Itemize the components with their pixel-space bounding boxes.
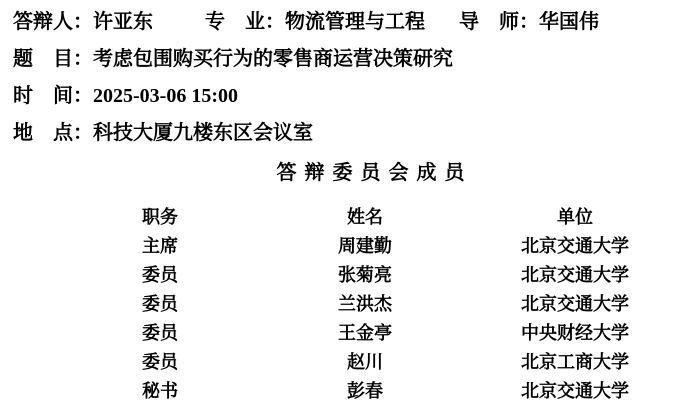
- location-value: 科技大厦九楼东区会议室: [93, 122, 313, 144]
- member-name: 张菊亮: [235, 261, 495, 290]
- committee-table: 职务 姓名 单位 主席 周建勤 北京交通大学 委员 张菊亮 北京交通大学 委员 …: [85, 203, 655, 406]
- time-label: 时 间：: [13, 85, 93, 107]
- committee-member-row: 委员 赵川 北京工商大学: [85, 348, 655, 377]
- member-role: 委员: [85, 261, 235, 290]
- advisor-label: 导 师：: [459, 11, 539, 33]
- topic-label: 题 目：: [13, 48, 93, 70]
- committee-member-row: 秘书 彭春 北京交通大学: [85, 377, 655, 406]
- committee-member-row: 委员 王金亭 中央财经大学: [85, 319, 655, 348]
- committee-member-row: 主席 周建勤 北京交通大学: [85, 232, 655, 261]
- committee-member-row: 委员 张菊亮 北京交通大学: [85, 261, 655, 290]
- member-affiliation: 北京工商大学: [495, 348, 655, 377]
- member-affiliation: 中央财经大学: [495, 319, 655, 348]
- member-name: 王金亭: [235, 319, 495, 348]
- member-role: 委员: [85, 319, 235, 348]
- member-role: 秘书: [85, 377, 235, 406]
- advisor-field: 导 师：华国伟: [459, 10, 599, 34]
- member-affiliation: 北京交通大学: [495, 232, 655, 261]
- committee-section-title: 答辩委员会成员: [0, 161, 681, 185]
- location-field: 地 点：科技大厦九楼东区会议室: [13, 121, 681, 145]
- committee-member-row: 委员 兰洪杰 北京交通大学: [85, 290, 655, 319]
- member-name: 赵川: [235, 348, 495, 377]
- member-affiliation: 北京交通大学: [495, 377, 655, 406]
- defender-label: 答辩人：: [13, 11, 93, 33]
- member-role: 主席: [85, 232, 235, 261]
- header-affiliation: 单位: [495, 203, 655, 232]
- time-value: 2025-03-06 15:00: [93, 85, 238, 107]
- defense-info-block: 答辩人：许亚东 专 业：物流管理与工程 导 师：华国伟 题 目：考虑包围购买行为…: [0, 0, 681, 145]
- defense-info-line-1: 答辩人：许亚东 专 业：物流管理与工程 导 师：华国伟: [13, 10, 681, 34]
- defender-field: 答辩人：许亚东: [13, 10, 153, 34]
- location-label: 地 点：: [13, 122, 93, 144]
- major-label: 专 业：: [205, 11, 285, 33]
- defense-notice-document: 答辩人：许亚东 专 业：物流管理与工程 导 师：华国伟 题 目：考虑包围购买行为…: [0, 0, 681, 410]
- header-name: 姓名: [235, 203, 495, 232]
- member-name: 周建勤: [235, 232, 495, 261]
- member-role: 委员: [85, 290, 235, 319]
- defender-value: 许亚东: [93, 11, 153, 33]
- topic-value: 考虑包围购买行为的零售商运营决策研究: [93, 48, 453, 70]
- member-affiliation: 北京交通大学: [495, 290, 655, 319]
- member-name: 彭春: [235, 377, 495, 406]
- topic-field: 题 目：考虑包围购买行为的零售商运营决策研究: [13, 47, 681, 71]
- committee-header-row: 职务 姓名 单位: [85, 203, 655, 232]
- member-affiliation: 北京交通大学: [495, 261, 655, 290]
- header-role: 职务: [85, 203, 235, 232]
- major-field: 专 业：物流管理与工程: [205, 10, 425, 34]
- major-value: 物流管理与工程: [285, 11, 425, 33]
- member-role: 委员: [85, 348, 235, 377]
- member-name: 兰洪杰: [235, 290, 495, 319]
- advisor-value: 华国伟: [539, 11, 599, 33]
- time-field: 时 间：2025-03-06 15:00: [13, 84, 681, 108]
